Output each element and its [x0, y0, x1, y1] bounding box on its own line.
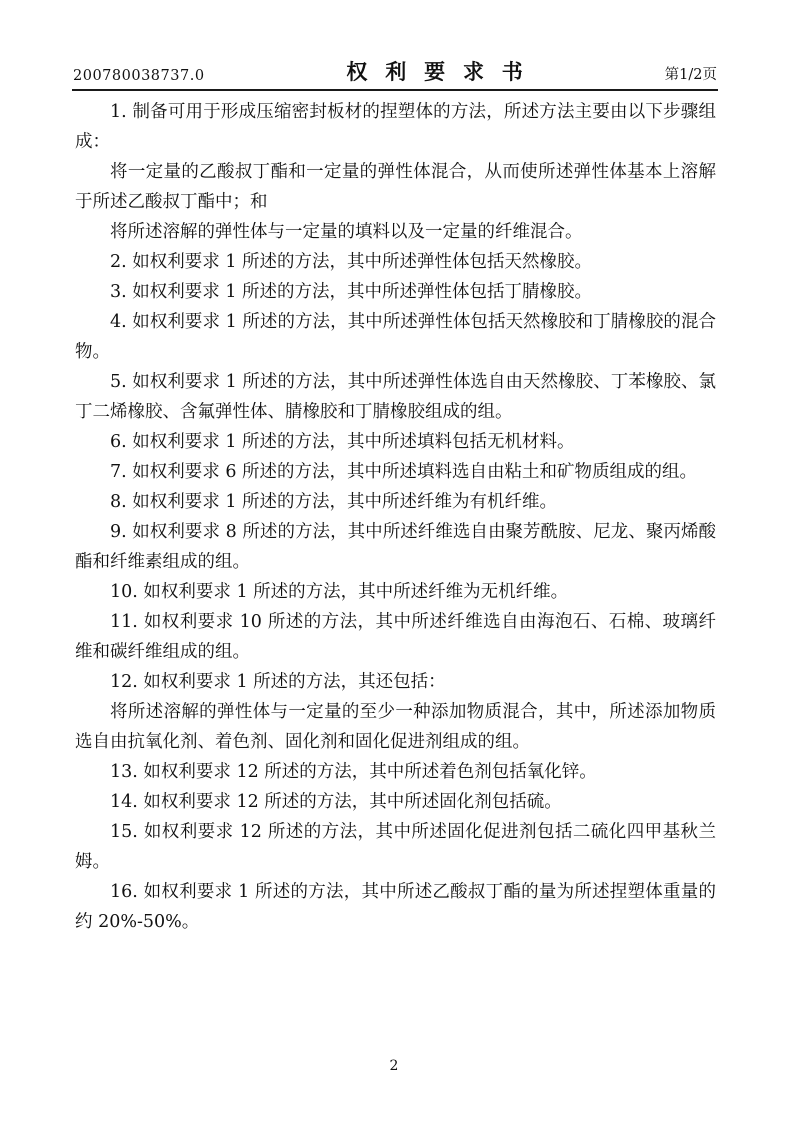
claim-paragraph: 将一定量的乙酸叔丁酯和一定量的弹性体混合，从而使所述弹性体基本上溶解于所述乙酸叔… [75, 157, 716, 217]
claim-paragraph: 将所述溶解的弹性体与一定量的至少一种添加物质混合，其中，所述添加物质选自由抗氧化… [75, 697, 716, 757]
claim-paragraph: 5. 如权利要求 1 所述的方法，其中所述弹性体选自由天然橡胶、丁苯橡胶、氯丁二… [75, 367, 716, 427]
claim-paragraph: 10. 如权利要求 1 所述的方法，其中所述纤维为无机纤维。 [75, 577, 716, 607]
claim-paragraph: 6. 如权利要求 1 所述的方法，其中所述填料包括无机材料。 [75, 427, 716, 457]
claim-paragraph: 4. 如权利要求 1 所述的方法，其中所述弹性体包括天然橡胶和丁腈橡胶的混合物。 [75, 307, 716, 367]
page-indicator: 第1/2页 [665, 63, 717, 86]
claim-paragraph: 7. 如权利要求 6 所述的方法，其中所述填料选自由粘土和矿物质组成的组。 [75, 457, 716, 487]
claims-body: 1. 制备可用于形成压缩密封板材的捏塑体的方法，所述方法主要由以下步骤组成： 将… [75, 97, 716, 937]
claim-paragraph: 14. 如权利要求 12 所述的方法，其中所述固化剂包括硫。 [75, 787, 716, 817]
claim-paragraph: 12. 如权利要求 1 所述的方法，其还包括： [75, 667, 716, 697]
claim-paragraph: 11. 如权利要求 10 所述的方法，其中所述纤维选自由海泡石、石棉、玻璃纤维和… [75, 607, 716, 667]
claim-paragraph: 13. 如权利要求 12 所述的方法，其中所述着色剂包括氧化锌。 [75, 757, 716, 787]
claim-paragraph: 8. 如权利要求 1 所述的方法，其中所述纤维为有机纤维。 [75, 487, 716, 517]
document-title: 权利要求书 [346, 56, 540, 86]
claim-paragraph: 15. 如权利要求 12 所述的方法，其中所述固化促进剂包括二硫化四甲基秋兰姆。 [75, 817, 716, 877]
application-number: 200780038737.0 [73, 68, 205, 86]
claim-paragraph: 9. 如权利要求 8 所述的方法，其中所述纤维选自由聚芳酰胺、尼龙、聚丙烯酸酯和… [75, 517, 716, 577]
header-rule-line [72, 89, 718, 91]
claim-paragraph: 3. 如权利要求 1 所述的方法，其中所述弹性体包括丁腈橡胶。 [75, 277, 716, 307]
page-header: 200780038737.0 权利要求书 第1/2页 [73, 52, 717, 86]
footer-page-number: 2 [0, 1058, 788, 1074]
claim-paragraph: 将所述溶解的弹性体与一定量的填料以及一定量的纤维混合。 [75, 217, 716, 247]
claim-paragraph: 16. 如权利要求 1 所述的方法，其中所述乙酸叔丁酯的量为所述捏塑体重量的约 … [75, 877, 716, 937]
claim-paragraph: 2. 如权利要求 1 所述的方法，其中所述弹性体包括天然橡胶。 [75, 247, 716, 277]
claim-paragraph: 1. 制备可用于形成压缩密封板材的捏塑体的方法，所述方法主要由以下步骤组成： [75, 97, 716, 157]
patent-claims-page: 200780038737.0 权利要求书 第1/2页 1. 制备可用于形成压缩密… [0, 0, 788, 1122]
